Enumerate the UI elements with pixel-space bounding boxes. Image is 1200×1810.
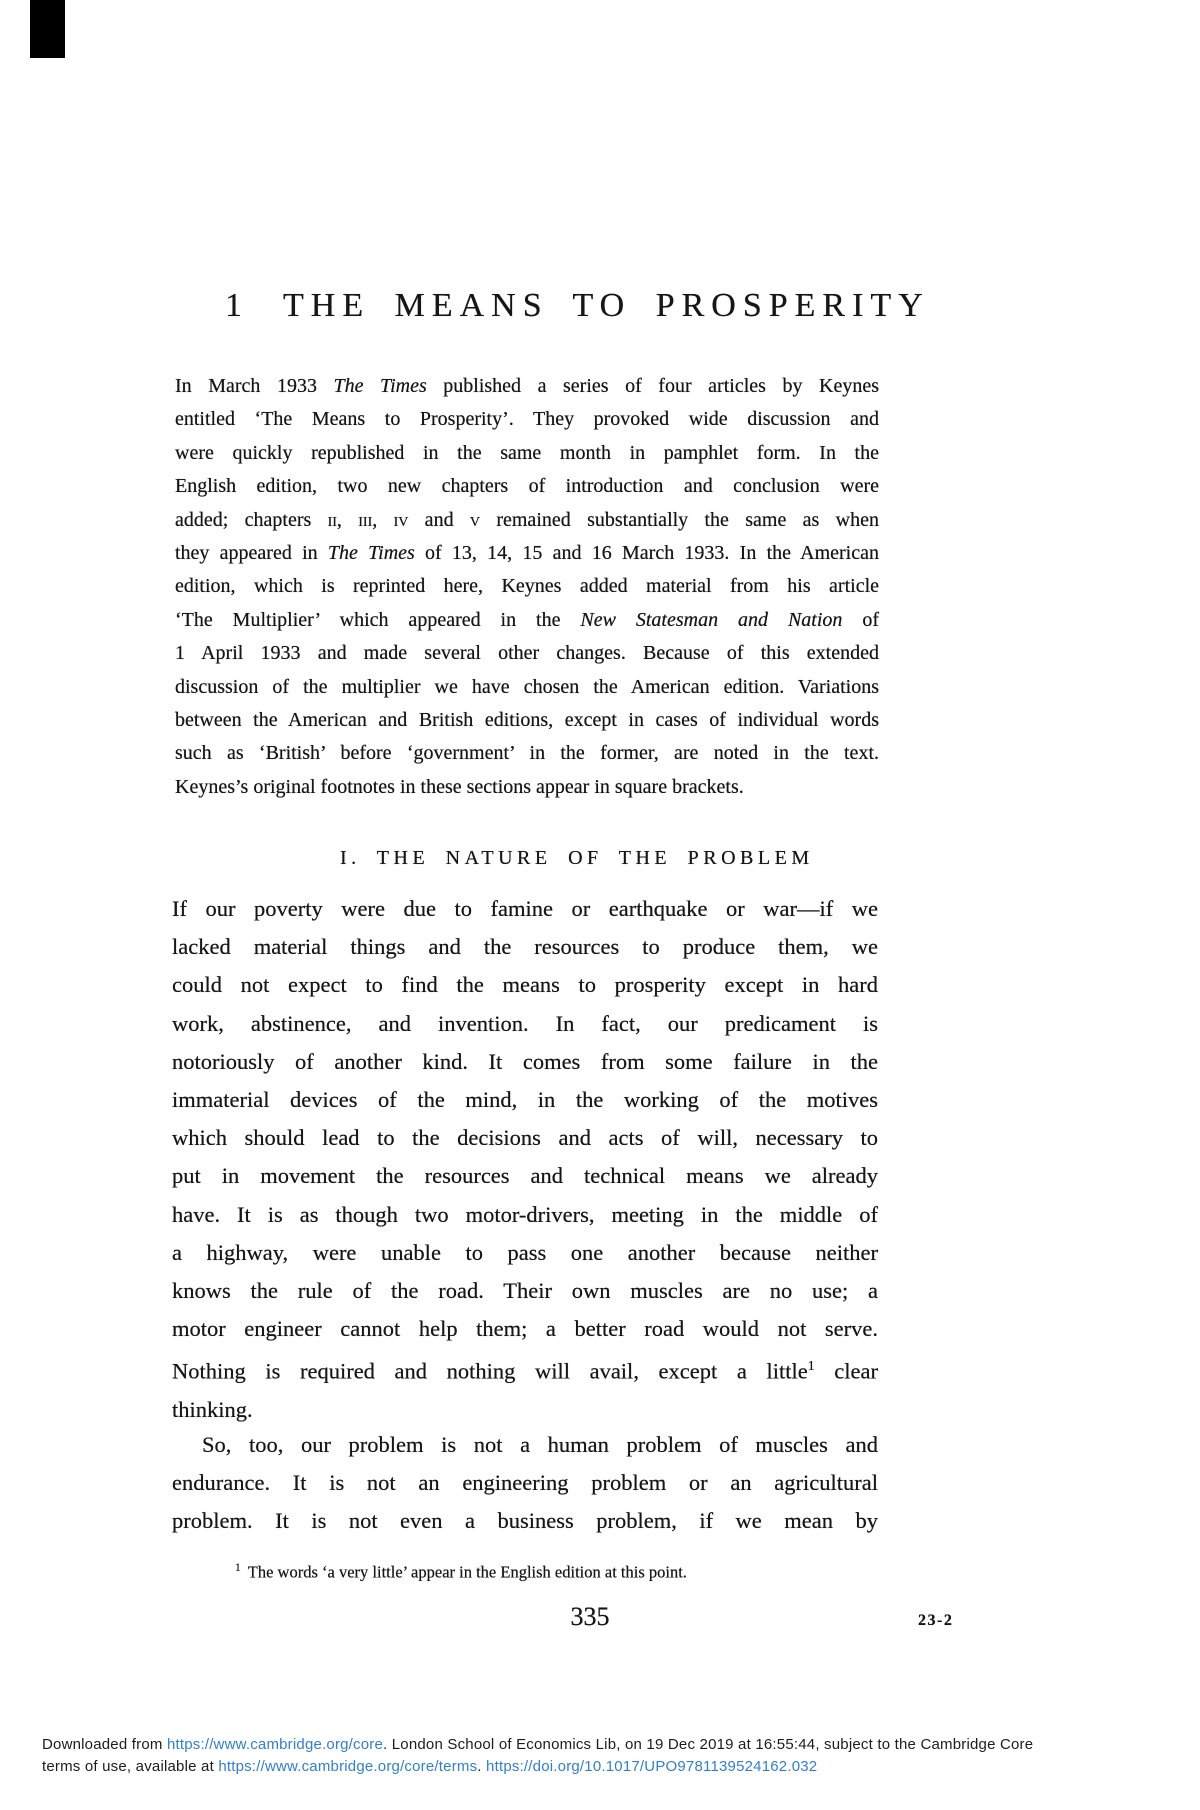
text-line: they appeared in The Times of 13, 14, 15… [175,537,879,570]
footnote-marker: 1 [235,1562,241,1574]
text-line: put in movement the resources and techni… [172,1157,878,1195]
text-line: Nothing is required and nothing will ava… [172,1348,878,1391]
text-line: have. It is as though two motor-drivers,… [172,1196,878,1234]
footer-line-2-separator: . [477,1758,486,1775]
text-line: between the American and British edition… [175,704,879,737]
text-line: such as ‘British’ before ‘government’ in… [175,737,879,770]
text-line: So, too, our problem is not a human prob… [172,1426,878,1464]
scan-artifact-mark [30,0,65,58]
text-line: ‘The Multiplier’ which appeared in the N… [175,604,879,637]
footer-line-1-prefix: Downloaded from [42,1736,167,1753]
signature-mark: 23-2 [918,1612,953,1630]
text-line: were quickly republished in the same mon… [175,437,879,470]
footer-line-1: Downloaded from https://www.cambridge.or… [42,1734,1182,1756]
footnote: 1The words ‘a very little’ appear in the… [235,1556,885,1585]
text-line: edition, which is reprinted here, Keynes… [175,570,879,603]
download-notice: Downloaded from https://www.cambridge.or… [42,1734,1182,1778]
chapter-title: 1THE MEANS TO PROSPERITY [225,287,930,325]
text-line: knows the rule of the road. Their own mu… [172,1272,878,1310]
text-line: notoriously of another kind. It comes fr… [172,1043,878,1081]
text-line: thinking. [172,1391,878,1429]
text-line: entitled ‘The Means to Prosperity’. They… [175,403,879,436]
text-line: 1 April 1933 and made several other chan… [175,637,879,670]
text-line: motor engineer cannot help them; a bette… [172,1310,878,1348]
text-line: added; chapters ii, iii, iv and v remain… [175,504,879,537]
footnote-text: The words ‘a very little’ appear in the … [248,1563,687,1582]
footer-line-1-rest: . London School of Economics Lib, on 19 … [383,1736,1033,1753]
text-line: could not expect to find the means to pr… [172,966,878,1004]
text-line: a highway, were unable to pass one anoth… [172,1234,878,1272]
text-line: problem. It is not even a business probl… [172,1502,878,1540]
text-line: endurance. It is not an engineering prob… [172,1464,878,1502]
text-line: immaterial devices of the mind, in the w… [172,1081,878,1119]
body-paragraph-1: If our poverty were due to famine or ear… [172,890,878,1429]
text-line: lacked material things and the resources… [172,928,878,966]
intro-paragraph: In March 1933 The Times published a seri… [175,370,879,804]
text-line: discussion of the multiplier we have cho… [175,671,879,704]
text-line: work, abstinence, and invention. In fact… [172,1005,878,1043]
text-line: Keynes’s original footnotes in these sec… [175,771,879,804]
text-line: English edition, two new chapters of int… [175,470,879,503]
footer-line-2: terms of use, available at https://www.c… [42,1756,1182,1778]
page-number: 335 [0,1602,1180,1632]
footer-line-2-prefix: terms of use, available at [42,1758,218,1775]
terms-of-use-link[interactable]: https://www.cambridge.org/core/terms [218,1758,477,1775]
cambridge-core-link[interactable]: https://www.cambridge.org/core [167,1736,383,1753]
text-line: If our poverty were due to famine or ear… [172,890,878,928]
chapter-number: 1 [225,287,249,324]
chapter-title-text: THE MEANS TO PROSPERITY [283,287,930,324]
doi-link[interactable]: https://doi.org/10.1017/UPO9781139524162… [486,1758,817,1775]
text-line: In March 1933 The Times published a seri… [175,370,879,403]
section-heading: I. THE NATURE OF THE PROBLEM [340,847,814,870]
book-page: 1THE MEANS TO PROSPERITY In March 1933 T… [0,0,1200,1810]
body-paragraph-2: So, too, our problem is not a human prob… [172,1426,878,1541]
text-line: which should lead to the decisions and a… [172,1119,878,1157]
